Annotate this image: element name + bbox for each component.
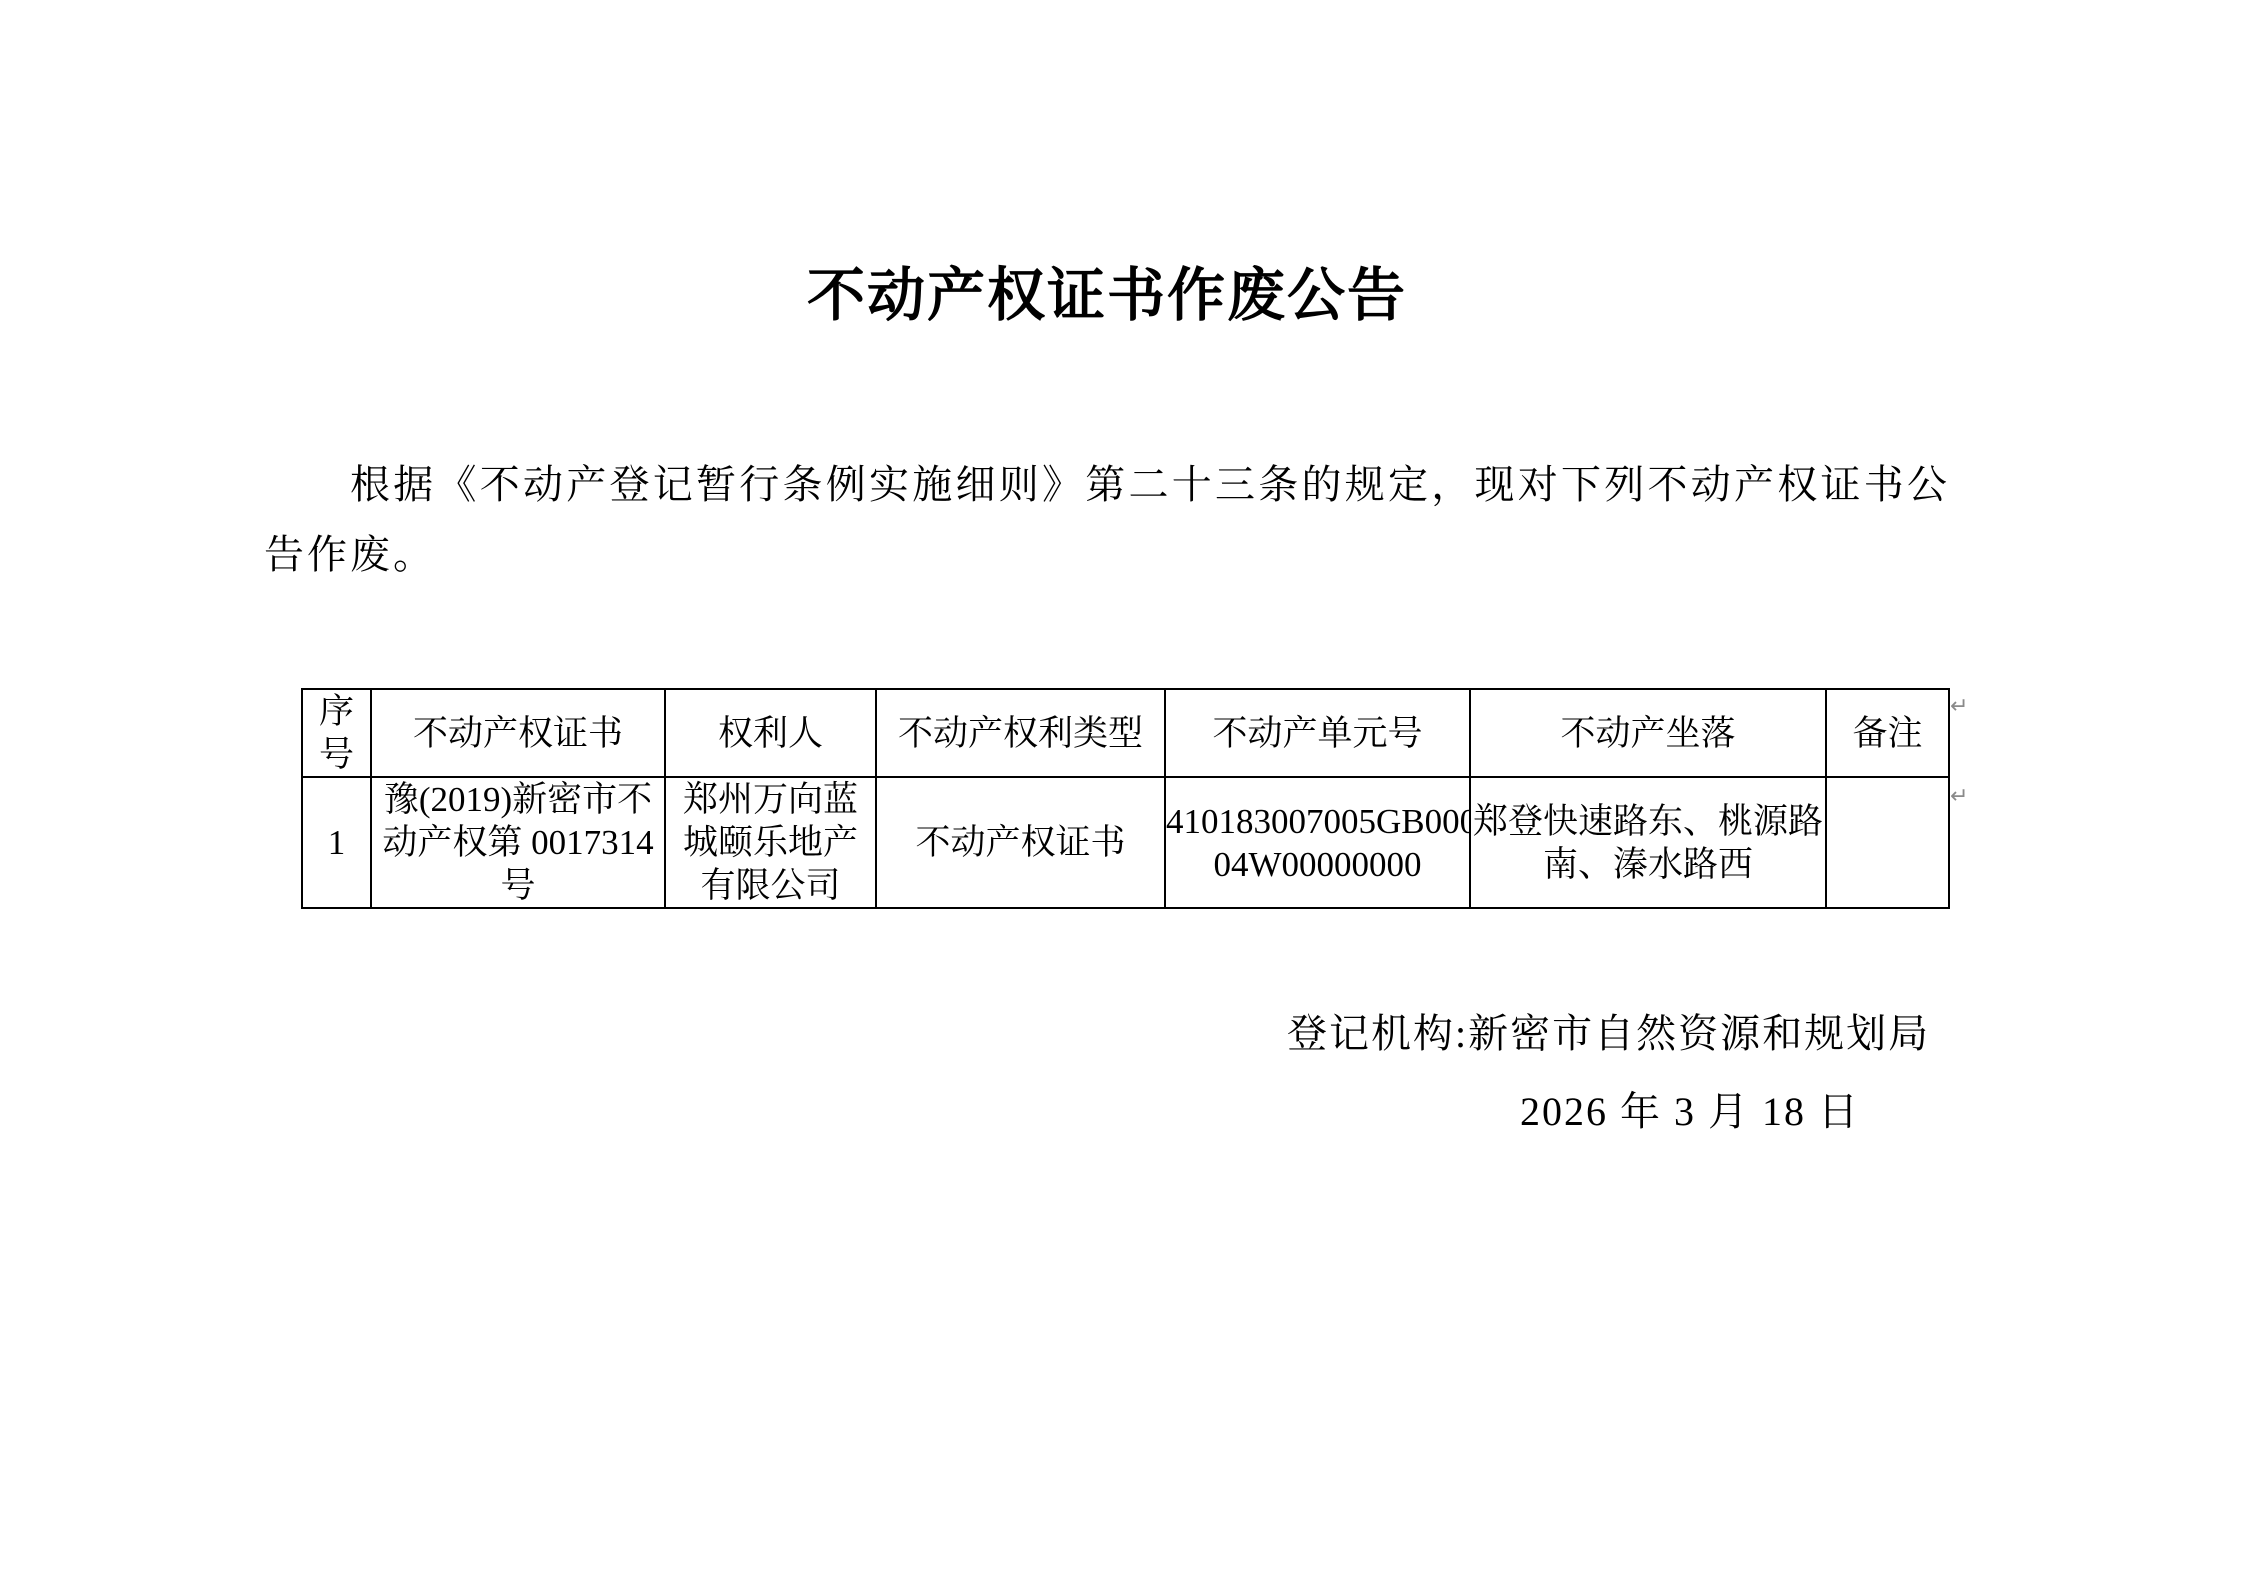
column-header-remark: 备注 (1826, 689, 1949, 777)
document-page: 不动产权证书作废公告 根据《不动产登记暂行条例实施细则》第二十三条的规定，现对下… (0, 0, 2245, 1587)
cell-right-type: 不动产权证书 (876, 777, 1165, 908)
column-header-location: 不动产坐落 (1470, 689, 1826, 777)
column-header-unit-number: 不动产单元号 (1165, 689, 1470, 777)
end-of-row-mark-icon: ↵ (1950, 786, 1968, 808)
registration-agency-line: 登记机构:新密市自然资源和规划局 (1287, 1002, 1930, 1059)
certificates-table: 序号 不动产权证书 权利人 不动产权利类型 不动产单元号 不动产坐落 备注 1 … (301, 688, 1950, 909)
cell-remark (1826, 777, 1949, 908)
cell-holder: 郑州万向蓝 城颐乐地产 有限公司 (665, 777, 876, 908)
cell-location: 郑登快速路东、桃源路 南、溱水路西 (1470, 777, 1826, 908)
announcement-date: 2026 年 3 月 18 日 (1520, 1080, 1860, 1137)
column-header-right-type: 不动产权利类型 (876, 689, 1165, 777)
cell-certificate: 豫(2019)新密市不 动产权第 0017314 号 (371, 777, 665, 908)
table-row: 1 豫(2019)新密市不 动产权第 0017314 号 郑州万向蓝 城颐乐地产… (302, 777, 1949, 908)
column-header-holder: 权利人 (665, 689, 876, 777)
page-title: 不动产权证书作废公告 (264, 248, 1950, 332)
cell-unit-number: 410183007005GB000 04W00000000 (1165, 777, 1470, 908)
body-paragraph: 根据《不动产登记暂行条例实施细则》第二十三条的规定，现对下列不动产权证书公告作废… (264, 450, 1950, 590)
table-header-row: 序号 不动产权证书 权利人 不动产权利类型 不动产单元号 不动产坐落 备注 (302, 689, 1949, 777)
column-header-seq: 序号 (302, 689, 371, 777)
cell-seq: 1 (302, 777, 371, 908)
column-header-certificate: 不动产权证书 (371, 689, 665, 777)
end-of-row-mark-icon: ↵ (1950, 696, 1968, 718)
